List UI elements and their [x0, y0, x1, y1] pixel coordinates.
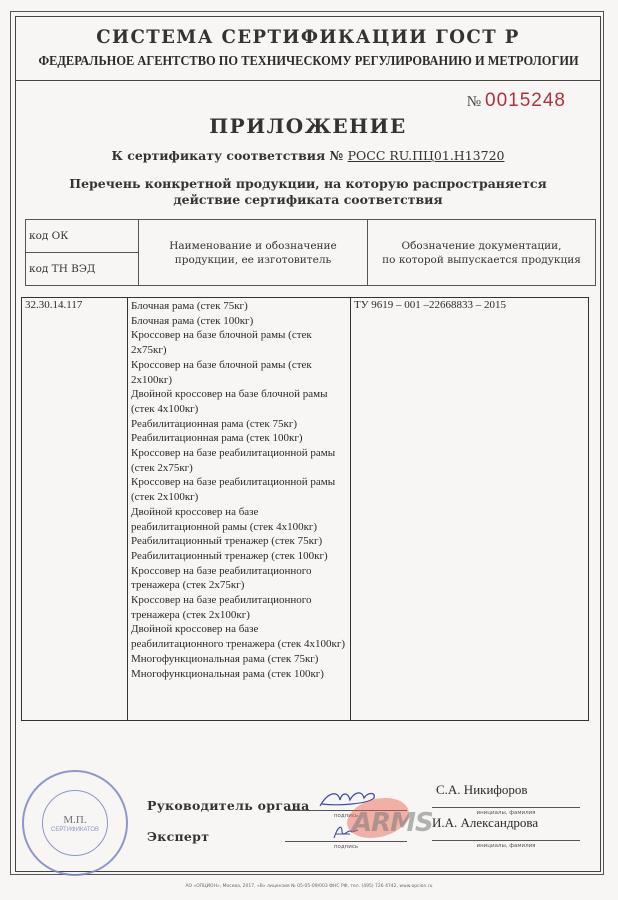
doc-col-line2: по которой выпускается продукция: [369, 253, 594, 267]
product-item: Двойной кроссовер на базе блочной рамы (…: [131, 387, 347, 416]
stamp-inner-text: СЕРТИФИКАТОВ: [24, 827, 126, 833]
list-title-line1: Перечень конкретной продукции, на котору…: [15, 176, 601, 192]
product-item: Двойной кроссовер на базе реабилитационн…: [131, 622, 347, 651]
product-item: Многофункциональная рама (стек 75кг): [131, 652, 347, 667]
cert-number: РОСС RU.ПЦ01.Н13720: [348, 148, 505, 163]
product-item: Кроссовер на базе блочной рамы (стек 2х7…: [131, 328, 347, 357]
printer-footer: АО «ОПЦИОН», Москва, 2017, «В» лицензия …: [0, 884, 618, 889]
list-title: Перечень конкретной продукции, на котору…: [15, 176, 601, 208]
form-number: № 0015248: [467, 90, 566, 112]
expert-name: И.А. Александрова: [432, 815, 538, 831]
number-sign: №: [467, 94, 481, 111]
list-title-line2: действие сертификата соответствия: [15, 192, 601, 208]
code-tnved-label: код ТН ВЭД: [26, 253, 139, 286]
cert-prefix: К сертификату соответствия №: [112, 148, 344, 163]
product-item: Кроссовер на базе реабилитационной рамы …: [131, 446, 347, 475]
product-item: Кроссовер на базе реабилитационного трен…: [131, 593, 347, 622]
head-name: С.А. Никифоров: [436, 782, 528, 798]
product-item: Кроссовер на базе реабилитационного трен…: [131, 564, 347, 593]
product-item: Блочная рама (стек 75кг): [131, 299, 347, 314]
product-list: Блочная рама (стек 75кг)Блочная рама (ст…: [128, 298, 351, 721]
expert-signature-line: [285, 841, 407, 842]
agency-name: ФЕДЕРАЛЬНОЕ АГЕНТСТВО ПО ТЕХНИЧЕСКОМУ РЕ…: [38, 53, 577, 69]
table-row: 32.30.14.117 Блочная рама (стек 75кг)Бло…: [22, 298, 589, 721]
head-name-line: [432, 807, 580, 808]
product-item: Реабилитационный тренажер (стек 75кг): [131, 534, 347, 549]
code-ok-label: код ОК: [26, 220, 139, 253]
watermark-text: ARMS: [352, 808, 433, 838]
header-divider: [15, 80, 601, 81]
header-table: код ОК Наименование и обозначение продук…: [25, 219, 596, 286]
certificate-reference: К сертификату соответствия № РОСС RU.ПЦ0…: [15, 148, 601, 163]
product-item: Реабилитационная рама (стек 100кг): [131, 431, 347, 446]
expert-name-caption: инициалы, фамилия: [432, 843, 580, 849]
product-item: Блочная рама (стек 100кг): [131, 314, 347, 329]
stamp-center-text: М.П.: [24, 814, 126, 826]
product-item: Кроссовер на базе реабилитационной рамы …: [131, 475, 347, 504]
expert-signature-caption: подпись: [285, 844, 407, 850]
doc-col-line1: Обозначение документации,: [369, 239, 594, 253]
official-stamp: М.П. СЕРТИФИКАТОВ: [22, 770, 128, 876]
products-table: 32.30.14.117 Блочная рама (стек 75кг)Бло…: [21, 297, 589, 721]
expert-name-line: [432, 840, 580, 841]
product-item: Реабилитационная рама (стек 75кг): [131, 417, 347, 432]
product-item: Реабилитационный тренажер (стек 100кг): [131, 549, 347, 564]
expert-label: Эксперт: [147, 829, 209, 844]
name-col-line1: Наименование и обозначение: [140, 239, 366, 253]
product-item: Кроссовер на базе блочной рамы (стек 2х1…: [131, 358, 347, 387]
product-code: 32.30.14.117: [22, 298, 128, 721]
form-number-value: 0015248: [485, 90, 566, 112]
name-col-line2: продукции, ее изготовитель: [140, 253, 366, 267]
doc-column-header: Обозначение документации, по которой вып…: [368, 220, 596, 286]
system-title: СИСТЕМА СЕРТИФИКАЦИИ ГОСТ Р: [30, 26, 587, 48]
product-item: Многофункциональная рама (стек 100кг): [131, 667, 347, 682]
name-column-header: Наименование и обозначение продукции, ее…: [139, 220, 368, 286]
document-title: ПРИЛОЖЕНИЕ: [15, 114, 601, 138]
product-item: Двойной кроссовер на базе реабилитационн…: [131, 505, 347, 534]
documentation-ref: ТУ 9619 – 001 –22668833 – 2015: [351, 298, 589, 721]
